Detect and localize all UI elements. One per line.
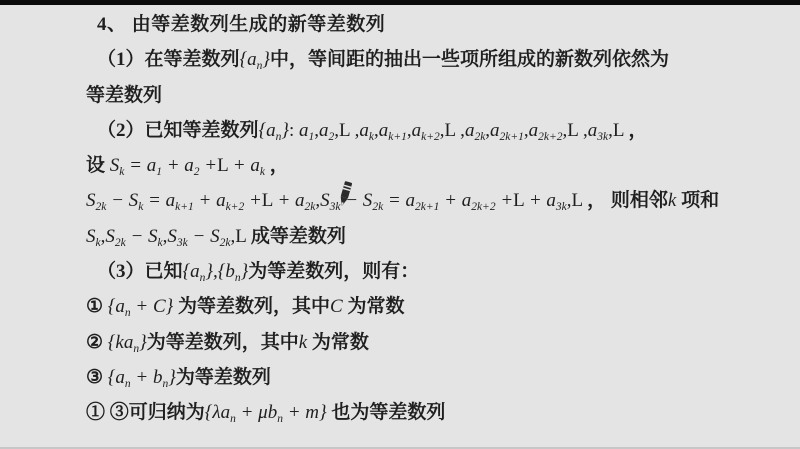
math-run: a (529, 120, 539, 141)
math-run: ,L (608, 120, 628, 141)
subscript-run: 2k+1 (500, 131, 524, 143)
text-run: ② (86, 332, 108, 353)
text-run: 为常数 (343, 296, 405, 317)
math-run: a (588, 120, 598, 141)
text-run: ③ (86, 367, 108, 388)
math-run: − S (340, 190, 372, 211)
math-run: + (200, 155, 218, 176)
document-body: 4、 由等差数列生成的新等差数列（1）在等差数列{an}中，等间距的抽出一些项所… (86, 7, 790, 431)
math-run: {λa (205, 402, 230, 423)
math-run: + μb (236, 402, 277, 423)
text-run: 成等差数列 (251, 226, 346, 247)
top-letterbox-bar (0, 0, 800, 5)
text-run: ， (628, 120, 647, 141)
subscript-run: k+2 (226, 201, 245, 213)
math-run: S (167, 226, 177, 247)
text-run: 项和 (676, 190, 719, 211)
text-line: Sk,S2k − Sk,S3k − S2k,L 成等差数列 (86, 219, 790, 254)
math-run: a (412, 120, 422, 141)
math-run: L (262, 190, 278, 211)
math-run: {a (108, 296, 125, 317)
math-run: ,L , (334, 120, 359, 141)
math-run: {a (259, 120, 276, 141)
math-run: a (359, 120, 369, 141)
math-run: L (513, 190, 529, 211)
text-run: 为等差数列 (176, 367, 271, 388)
math-run: a (490, 120, 500, 141)
text-line: ① ③可归纳为{λan + μbn + m} 也为等差数列 (86, 395, 790, 430)
subscript-run: k+1 (388, 131, 407, 143)
math-run: k (299, 332, 307, 353)
math-run: L (217, 155, 233, 176)
text-run: 也为等差数列 (327, 402, 446, 423)
text-line: 等差数列 (86, 78, 790, 113)
math-run: S (86, 190, 96, 211)
math-run: } (168, 367, 176, 388)
math-run: a (465, 120, 475, 141)
math-run: {ka (108, 332, 134, 353)
math-run: + b (131, 367, 163, 388)
math-run: a (299, 120, 309, 141)
subscript-run: 2k+2 (471, 201, 495, 213)
subscript-run: 3k (556, 201, 567, 213)
math-run: + a (439, 190, 471, 211)
math-run: a (379, 120, 389, 141)
subscript-run: 2k (220, 237, 231, 249)
math-run: = a (124, 155, 156, 176)
math-run: ,L , (440, 120, 465, 141)
math-run: + a (529, 190, 556, 211)
math-run: S (105, 226, 115, 247)
math-run: {a (108, 367, 125, 388)
math-run: + a (162, 155, 194, 176)
text-run: 设 (86, 155, 110, 176)
subscript-run: 2k (372, 201, 383, 213)
text-run: （2）已知等差数列 (97, 120, 259, 141)
text-run: （1）在等差数列 (97, 49, 240, 70)
text-run: ， (265, 155, 289, 176)
subscript-run: 2k (115, 237, 126, 249)
subscript-run: 2k (96, 201, 107, 213)
math-run: + a (194, 190, 226, 211)
subscript-run: 3k (177, 237, 188, 249)
math-run: ,L (567, 190, 587, 211)
math-run: S (320, 190, 330, 211)
math-run: : (289, 120, 299, 141)
math-run: = a (143, 190, 175, 211)
math-run: + m} (283, 402, 327, 423)
text-run: （3）已知 (97, 261, 183, 282)
math-run: } (139, 332, 147, 353)
text-line: ③ {an + bn}为等差数列 (86, 360, 790, 395)
text-line: S2k − Sk = ak+1 + ak+2 +L + a2k,S3k − S2… (86, 183, 790, 218)
text-run: 中，等间距的抽出一些项所组成的新数列依然为 (270, 49, 669, 70)
math-run: + a (277, 190, 304, 211)
math-run: },{b (205, 261, 234, 282)
text-line: （3）已知{an},{bn}为等差数列，则有： (86, 254, 790, 289)
math-run: + (244, 190, 262, 211)
text-run: 为等差数列，其中 (147, 332, 299, 353)
text-run: ① (86, 296, 108, 317)
subscript-run: 2k+2 (538, 131, 562, 143)
text-run: 为等差数列，其中 (173, 296, 330, 317)
subscript-run: k+2 (421, 131, 440, 143)
text-run: ① ③可归纳为 (86, 402, 205, 423)
math-run: − S (106, 190, 138, 211)
math-run: a (319, 120, 329, 141)
text-line: （2）已知等差数列{an}: a1,a2,L ,ak,ak+1,ak+2,L ,… (86, 113, 790, 148)
subscript-run: k+1 (175, 201, 194, 213)
math-run: ,L , (563, 120, 588, 141)
text-line: 设 Sk = a1 + a2 +L + ak ， (86, 148, 790, 183)
math-run: + (496, 190, 514, 211)
math-run: C (330, 296, 343, 317)
math-run: ,L (230, 226, 250, 247)
section-title-line: 4、 由等差数列生成的新等差数列 (86, 7, 790, 42)
math-run: } (262, 49, 270, 70)
math-run: − S (188, 226, 220, 247)
math-run: } (281, 120, 289, 141)
subscript-run: 2k+1 (415, 201, 439, 213)
text-run: 等差数列 (86, 85, 162, 106)
math-run: − S (126, 226, 158, 247)
math-run: S (86, 226, 96, 247)
math-run: {a (183, 261, 200, 282)
math-run: + C} (131, 296, 174, 317)
subscript-run: 3k (330, 201, 341, 213)
text-line: ② {kan}为等差数列，其中k 为常数 (86, 325, 790, 360)
subscript-run: 3k (597, 131, 608, 143)
text-run: 4、 由等差数列生成的新等差数列 (97, 14, 385, 35)
text-run: ， 则相邻 (587, 190, 668, 211)
subscript-run: 2k (305, 201, 316, 213)
subscript-run: 2k (474, 131, 485, 143)
text-line: ① {an + C} 为等差数列，其中C 为常数 (86, 289, 790, 324)
math-run: + a (233, 155, 260, 176)
math-run: = a (383, 190, 415, 211)
text-line: （1）在等差数列{an}中，等间距的抽出一些项所组成的新数列依然为 (86, 42, 790, 77)
text-run: 为常数 (307, 332, 369, 353)
math-run: {a (240, 49, 257, 70)
math-run: S (110, 155, 120, 176)
text-run: 为等差数列，则有： (248, 261, 419, 282)
